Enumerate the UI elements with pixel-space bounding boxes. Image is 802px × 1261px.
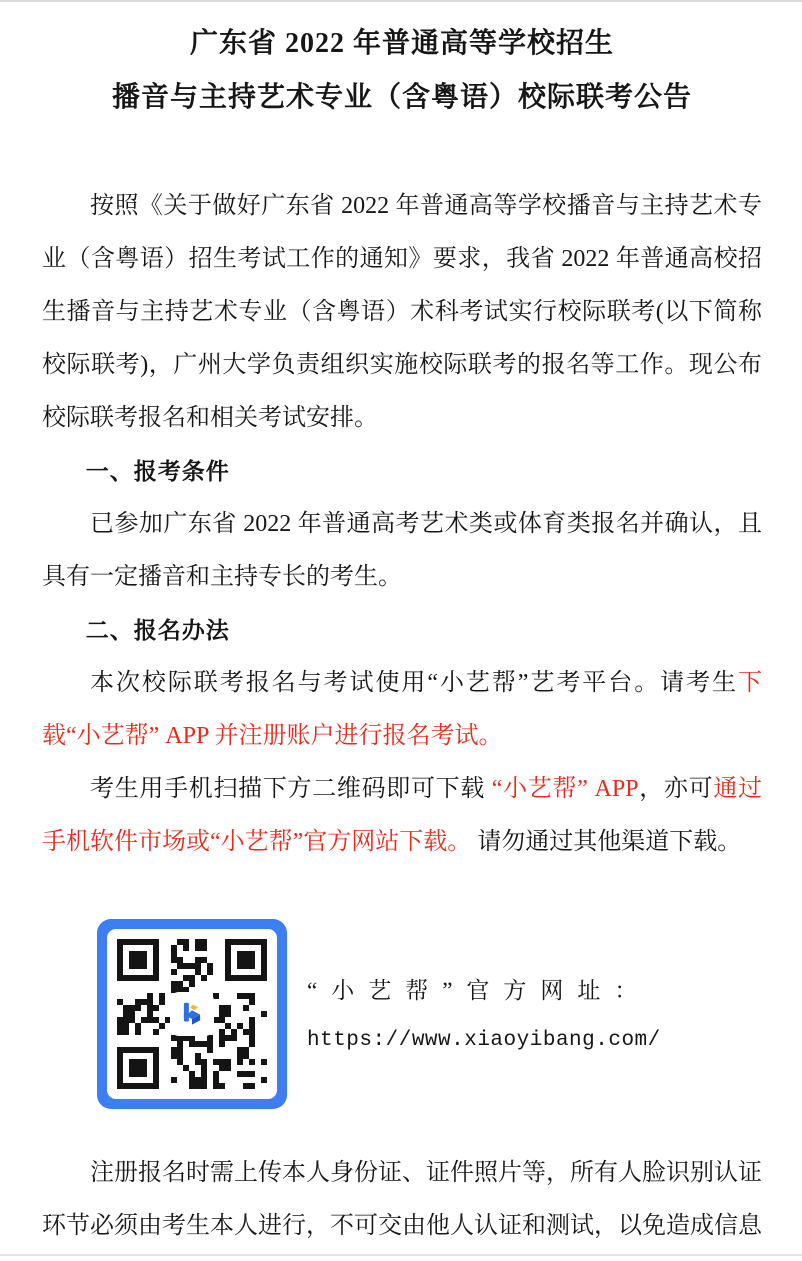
title-line-1: 广东省 2022 年普通高等学校招生 bbox=[42, 17, 762, 71]
paragraph-platform: 本次校际联考报名与考试使用“小艺帮”艺考平台。请考生下载“小艺帮” APP 并注… bbox=[42, 657, 762, 763]
paragraph-download: 考生用手机扫描下方二维码即可下载 “小艺帮” APP，亦可通过手机软件市场或“小… bbox=[42, 763, 762, 869]
paragraph-intro: 按照《关于做好广东省 2022 年普通高等学校播音与主持艺术专业（含粤语）招生考… bbox=[42, 180, 762, 445]
paragraph-registration-notice: 注册报名时需上传本人身份证、证件照片等，所有人脸识别认证环节必须由考生本人进行，… bbox=[42, 1147, 762, 1253]
page-bottom-edge bbox=[0, 1254, 802, 1256]
official-site-label: “小艺帮”官方网址： bbox=[307, 966, 661, 1016]
title-line-2: 播音与主持艺术专业（含粤语）校际联考公告 bbox=[42, 71, 762, 125]
qr-caption: “小艺帮”官方网址： https://www.xiaoyibang.com/ bbox=[307, 962, 661, 1066]
qr-section: “小艺帮”官方网址： https://www.xiaoyibang.com/ bbox=[97, 919, 762, 1109]
announcement-document: 广东省 2022 年普通高等学校招生 播音与主持艺术专业（含粤语）校际联考公告 … bbox=[0, 0, 802, 1261]
text-segment-red: “小艺帮” APP bbox=[492, 776, 639, 802]
text-segment: ，亦可 bbox=[639, 776, 714, 802]
page-top-edge bbox=[0, 0, 802, 2]
official-site-url: https://www.xiaoyibang.com/ bbox=[307, 1016, 661, 1066]
text-segment: 本次校际联考报名与考试使用“小艺帮”艺考平台。请考生 bbox=[90, 670, 738, 696]
document-title: 广东省 2022 年普通高等学校招生 播音与主持艺术专业（含粤语）校际联考公告 bbox=[42, 17, 762, 125]
document-content: 广东省 2022 年普通高等学校招生 播音与主持艺术专业（含粤语）校际联考公告 … bbox=[0, 0, 802, 1253]
text-segment: 请勿通过其他渠道下载。 bbox=[471, 829, 741, 855]
heading-registration-method: 二、报名办法 bbox=[42, 604, 762, 657]
qr-code bbox=[97, 919, 287, 1109]
paragraph-requirements: 已参加广东省 2022 年普通高考艺术类或体育类报名并确认，且具有一定播音和主持… bbox=[42, 498, 762, 604]
xiaoyibang-logo-icon bbox=[170, 992, 214, 1036]
heading-application-requirements: 一、报考条件 bbox=[42, 445, 762, 498]
text-segment: 考生用手机扫描下方二维码即可下载 bbox=[90, 776, 492, 802]
